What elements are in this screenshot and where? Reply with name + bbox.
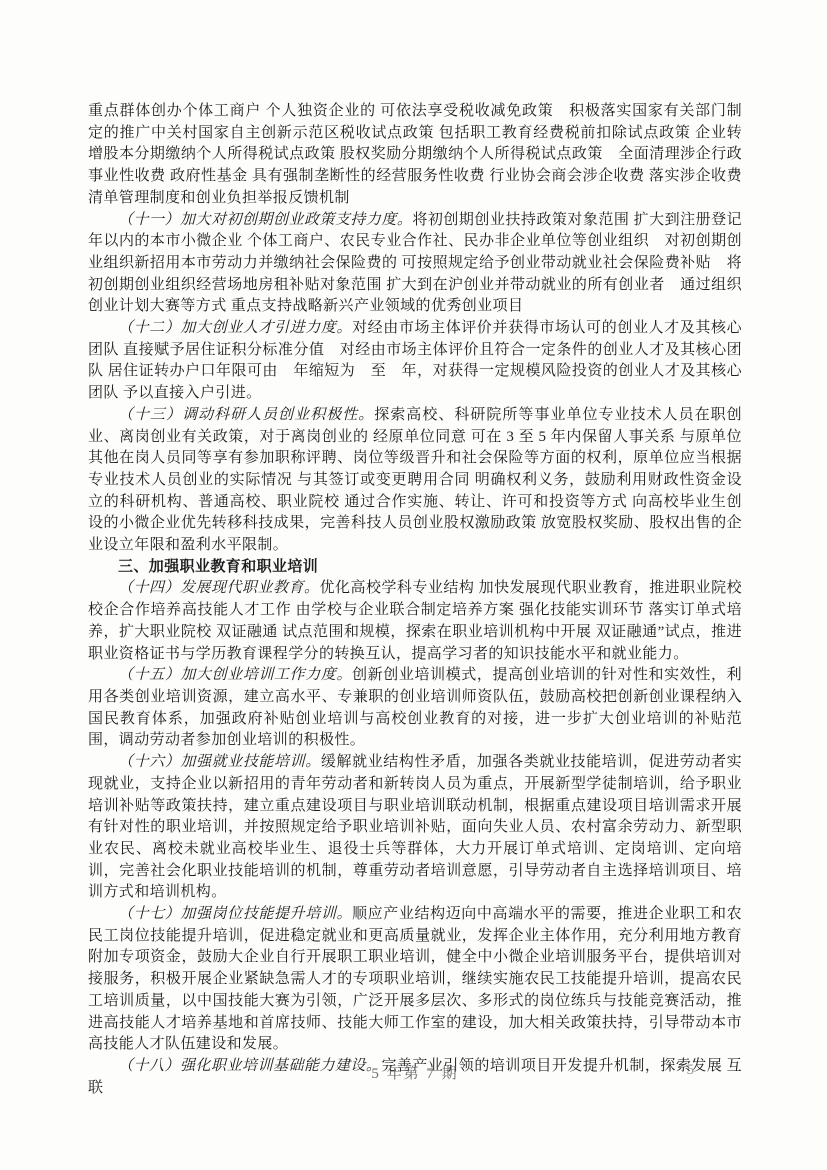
- section-heading: 三、加强职业教育和职业培训: [88, 557, 742, 579]
- paragraph-item-17-text: 顺应产业结构迈向中高端水平的需要，推进企业职工和农民工岗位技能提升培训，促进稳定…: [88, 906, 742, 1052]
- paragraph-item-15: （十五）加大创业培训工作力度。创新创业培训模式，提高创业培训的针对性和实效性，利…: [88, 665, 742, 752]
- paragraph-continuation: 重点群体创办个体工商户 个人独资企业的 可依法享受税收减免政策 积极落实国家有关…: [88, 101, 742, 210]
- paragraph-item-16-lead: （十六）加强就业技能培训。: [118, 754, 321, 770]
- paragraph-item-12: （十二）加大创业人才引进力度。对经由市场主体评价并获得市场认可的创业人才及其核心…: [88, 318, 742, 405]
- paragraph-item-11-lead: （十一）加大对初创期创业政策支持力度。: [118, 212, 412, 228]
- paragraph-item-13: （十三）调动科研人员创业积极性。探索高校、科研院所等事业单位专业技术人员在职创业…: [88, 405, 742, 557]
- paragraph-item-14: （十四）发展现代职业教育。优化高校学科专业结构 加快发展现代职业教育，推进职业院…: [88, 578, 742, 665]
- paragraph-item-17: （十七）加强岗位技能提升培训。顺应产业结构迈向中高端水平的需要，推进企业职工和农…: [88, 904, 742, 1056]
- paragraph-item-13-text: 探索高校、科研院所等事业单位专业技术人员在职创业、离岗创业有关政策，对于离岗创业…: [88, 407, 742, 553]
- page-footer: 5 年第 7 期 5: [88, 1062, 742, 1086]
- footer-issue-label: 5 年第 7 期: [88, 1062, 742, 1083]
- document-page: 重点群体创办个体工商户 个人独资企业的 可依法享受税收减免政策 积极落实国家有关…: [0, 0, 827, 1170]
- paragraph-item-15-lead: （十五）加大创业培训工作力度。: [118, 667, 352, 683]
- paragraph-item-12-lead: （十二）加大创业人才引进力度。: [118, 320, 352, 336]
- paragraph-item-14-lead: （十四）发展现代职业教育。: [118, 580, 319, 596]
- paragraph-item-16-text: 缓解就业结构性矛盾，加强各类就业技能培训，促进劳动者实现就业，支持企业以新招用的…: [88, 754, 742, 900]
- text-body: 重点群体创办个体工商户 个人独资企业的 可依法享受税收减免政策 积极落实国家有关…: [88, 101, 742, 1099]
- paragraph-item-17-lead: （十七）加强岗位技能提升培训。: [118, 906, 352, 922]
- paragraph-item-11: （十一）加大对初创期创业政策支持力度。将初创期创业扶持政策对象范围 扩大到注册登…: [88, 210, 742, 319]
- paragraph-item-16: （十六）加强就业技能培训。缓解就业结构性矛盾，加强各类就业技能培训，促进劳动者实…: [88, 752, 742, 904]
- footer-page-number: 5: [687, 1062, 695, 1079]
- paragraph-item-13-lead: （十三）调动科研人员创业积极性。: [118, 407, 374, 423]
